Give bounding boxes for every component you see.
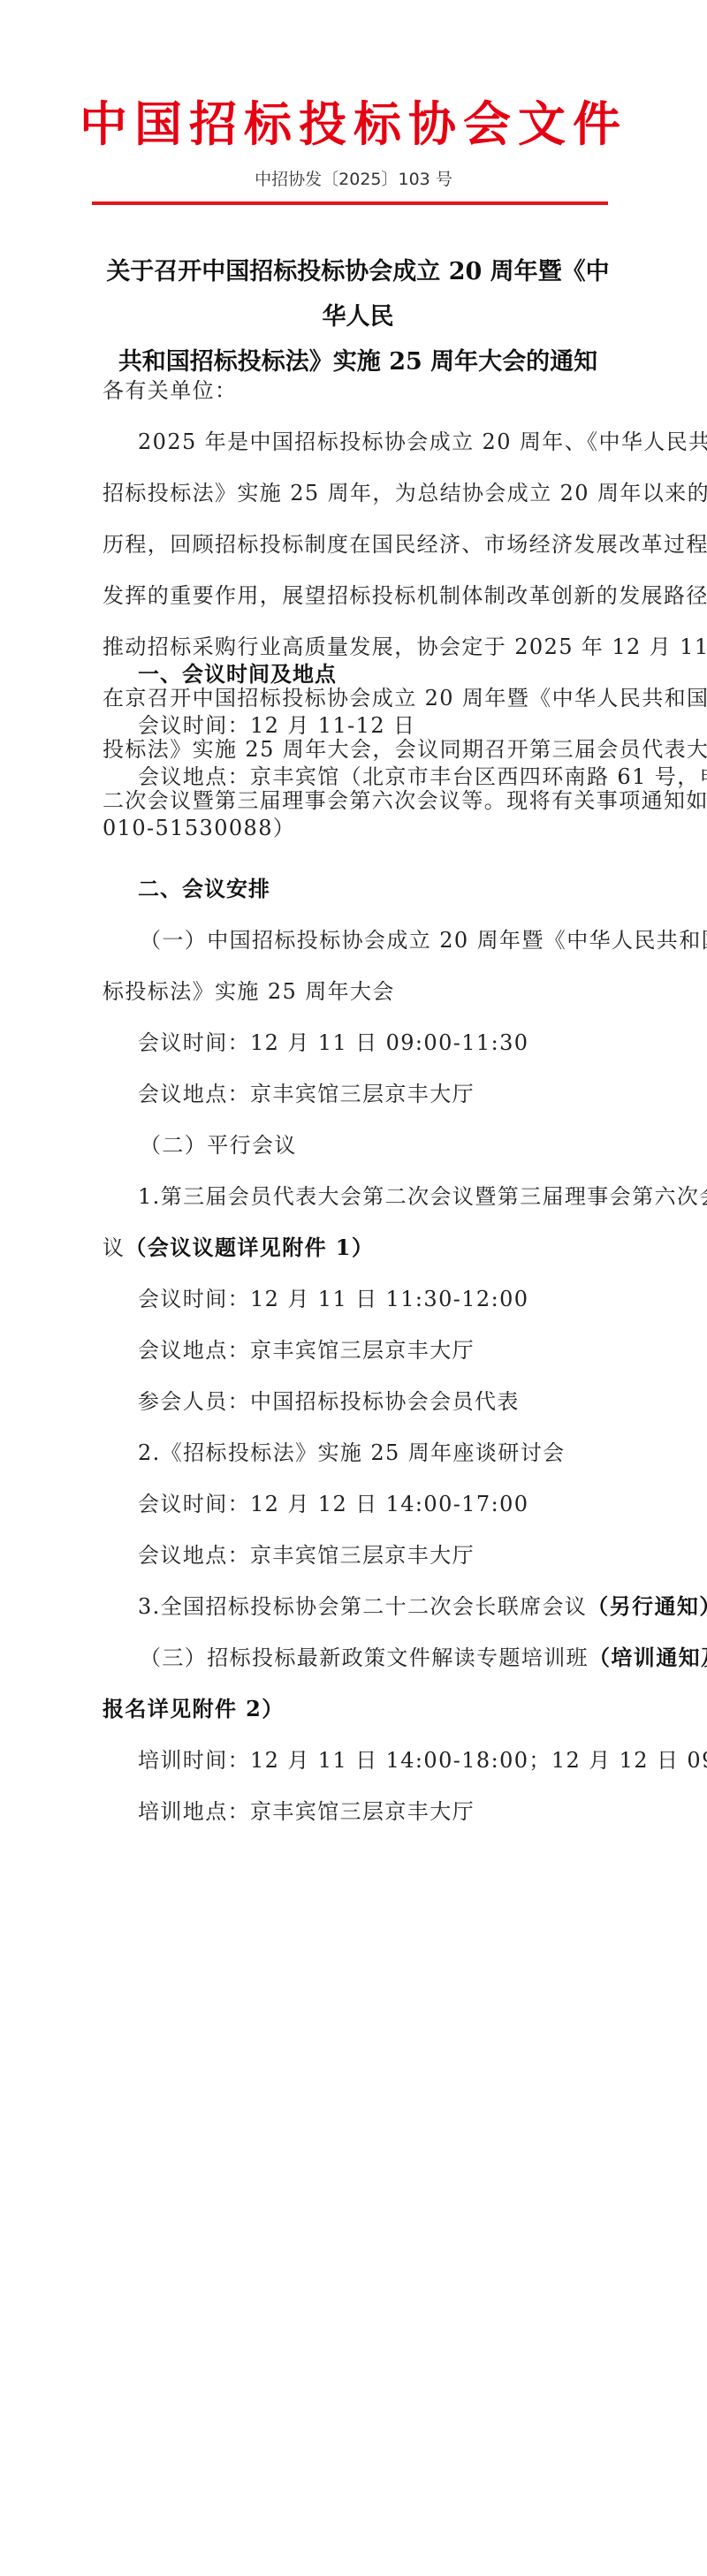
- intro-line: 二次会议暨第三届理事会第六次会议等。现将有关事项通知如下：: [103, 787, 608, 814]
- item2-time: 会议时间：12 月 12 日 14:00-17:00: [138, 1491, 608, 1517]
- intro-line: 推动招标采购行业高质量发展，协会定于 2025 年 12 月 11-12 日: [103, 634, 608, 660]
- item1-attendees: 参会人员：中国招标投标协会会员代表: [138, 1388, 608, 1415]
- sub2-title: （二）平行会议: [140, 1132, 645, 1159]
- notice-title-line-1: 关于召开中国招标投标协会成立 20 周年暨《中华人民: [97, 249, 619, 339]
- meeting-place-phone: 010-51530088）: [103, 815, 608, 841]
- sub3-title-plain: （三）招标投标最新政策文件解读专题培训班: [140, 1645, 589, 1670]
- item3-title: 3.全国招标投标协会第二十二次会长联席会议（另行通知）: [138, 1593, 608, 1620]
- document-number: 中招协发〔2025〕103 号: [0, 166, 707, 190]
- red-divider: [92, 201, 608, 205]
- org-header-title: 中国招标投标协会文件: [0, 99, 707, 150]
- sub3-note: （培训通知及: [589, 1645, 707, 1670]
- meeting-time: 会议时间：12 月 11-12 日: [138, 712, 608, 739]
- item1-time: 会议时间：12 月 11 日 11:30-12:00: [138, 1286, 608, 1312]
- item1-title: 1.第三届会员代表大会第二次会议暨第三届理事会第六次会: [138, 1183, 608, 1210]
- intro-line: 在京召开中国招标投标协会成立 20 周年暨《中华人民共和国招标: [103, 685, 608, 711]
- item3-title-plain: 3.全国招标投标协会第二十二次会长联席会议: [138, 1594, 587, 1619]
- section-2-heading: 二、会议安排: [138, 876, 608, 902]
- sub1-time: 会议时间：12 月 11 日 09:00-11:30: [138, 1030, 608, 1056]
- item3-note: （另行通知）: [587, 1593, 707, 1619]
- sub3-title: （三）招标投标最新政策文件解读专题培训班（培训通知及: [140, 1645, 645, 1671]
- sub1-place: 会议地点：京丰宾馆三层京丰大厅: [138, 1081, 608, 1107]
- sub1-title-cont: 标投标法》实施 25 周年大会: [103, 978, 608, 1005]
- training-time: 培训时间：12 月 11 日 14:00-18:00；12 月 12 日 09:…: [138, 1747, 608, 1774]
- training-place: 培训地点：京丰宾馆三层京丰大厅: [138, 1798, 608, 1825]
- item2-title: 2.《招标投标法》实施 25 周年座谈研讨会: [138, 1440, 608, 1466]
- item1-place: 会议地点：京丰宾馆三层京丰大厅: [138, 1337, 608, 1364]
- intro-line: 2025 年是中国招标投标协会成立 20 周年、《中华人民共和国: [138, 429, 608, 455]
- item1-title-plain: 议: [103, 1235, 125, 1260]
- item1-title-cont: 议（会议议题详见附件 1）: [103, 1235, 608, 1261]
- sub1-title: （一）中国招标投标协会成立 20 周年暨《中华人民共和国招: [140, 927, 645, 954]
- intro-line: 历程，回顾招标投标制度在国民经济、市场经济发展改革过程中: [103, 531, 608, 558]
- intro-line: 发挥的重要作用，展望招标投标机制体制改革创新的发展路径，: [103, 582, 608, 609]
- sub3-note-cont: 报名详见附件 2）: [103, 1696, 608, 1722]
- notice-title: 关于召开中国招标投标协会成立 20 周年暨《中华人民 共和国招标投标法》实施 2…: [97, 249, 619, 384]
- document-page: 中国招标投标协会文件 中招协发〔2025〕103 号 关于召开中国招标投标协会成…: [0, 0, 707, 2576]
- item2-place: 会议地点：京丰宾馆三层京丰大厅: [138, 1542, 608, 1569]
- meeting-place: 会议地点：京丰宾馆（北京市丰台区西四环南路 61 号，电话: [138, 764, 608, 790]
- salutation: 各有关单位：: [103, 377, 608, 404]
- item1-attachment-note: （会议议题详见附件 1）: [125, 1235, 374, 1260]
- section-1-heading: 一、会议时间及地点: [138, 661, 608, 688]
- intro-line: 招标投标法》实施 25 周年，为总结协会成立 20 周年以来的发展: [103, 480, 608, 506]
- intro-line: 投标法》实施 25 周年大会，会议同期召开第三届会员代表大会第: [103, 736, 608, 763]
